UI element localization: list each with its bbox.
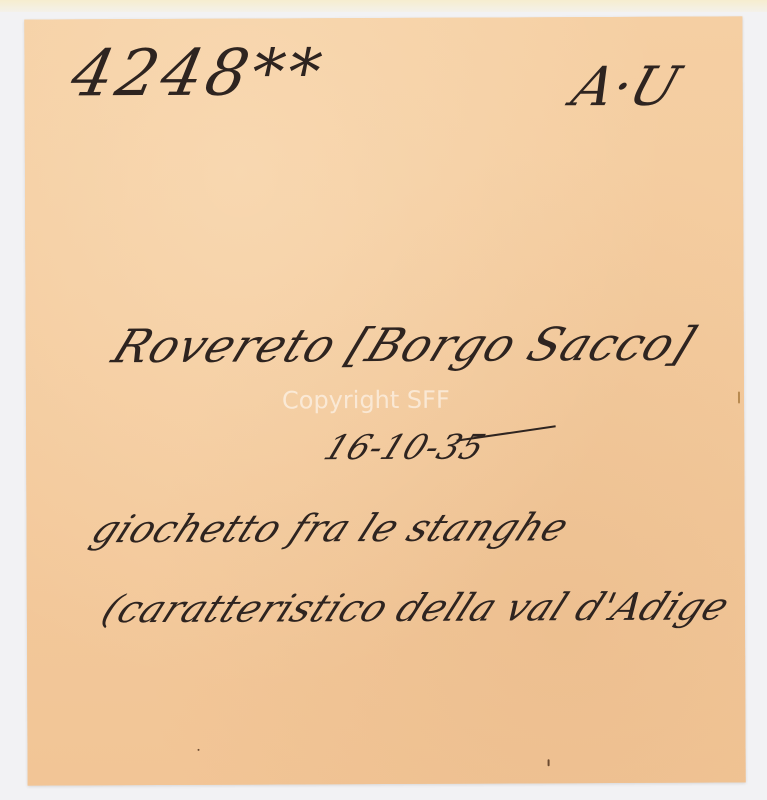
copyright-watermark: Copyright SFF — [282, 386, 450, 415]
paper-speck — [198, 749, 200, 751]
location-text: Rovereto [Borgo Sacco] — [105, 317, 703, 374]
mount-edge — [0, 0, 767, 12]
description-line-2: (caratteristico della val d'Adige — [95, 584, 737, 631]
paper-speck — [738, 391, 740, 403]
description-line-1: giochetto fra le stanghe — [85, 505, 576, 551]
paper-speck — [548, 759, 550, 766]
date-text: 16-10-35 — [318, 428, 491, 469]
catalog-number: 4248** — [65, 36, 331, 111]
index-card: 4248** A·U Rovereto [Borgo Sacco] 16-10-… — [24, 16, 745, 785]
author-initials: A·U — [565, 55, 688, 119]
